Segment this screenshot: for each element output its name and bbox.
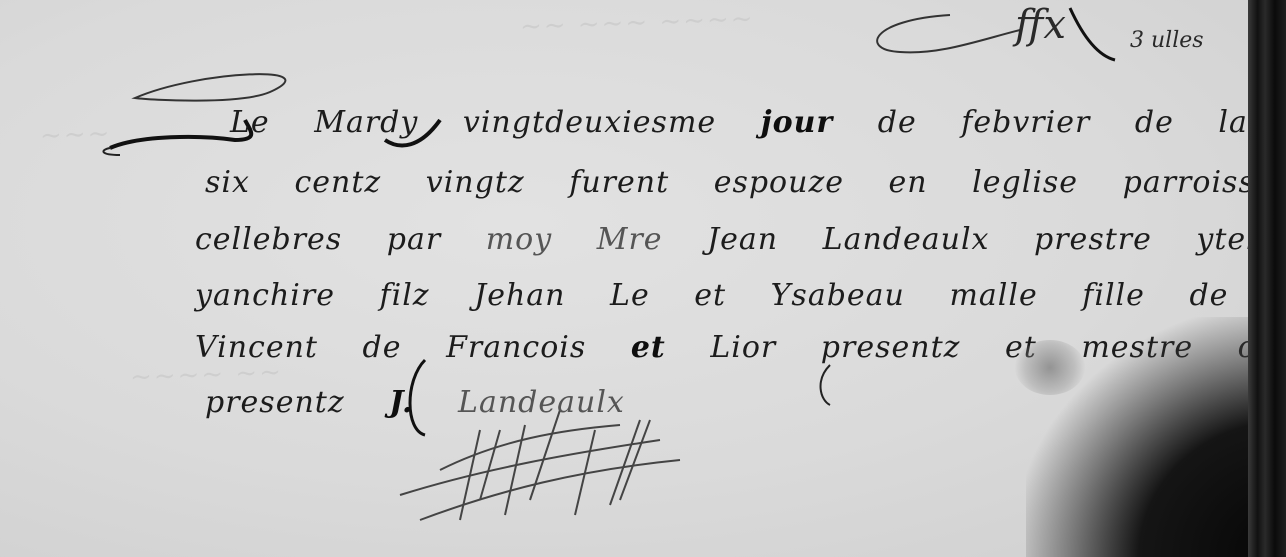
margin-annotation-right: 3 ulles	[1130, 28, 1204, 53]
text-line-1: Le Mardy vingtdeuxiesme jour de febvrier…	[230, 105, 1286, 140]
word: et	[694, 278, 726, 313]
word: Jehan	[474, 278, 565, 313]
word: de	[363, 330, 402, 365]
word: presentz	[205, 385, 345, 420]
word: moy	[486, 222, 552, 257]
word: jour	[761, 105, 833, 140]
word: vingtz	[426, 165, 525, 200]
word: vingtdeuxiesme	[463, 105, 716, 140]
word: filz	[380, 278, 430, 313]
word: Mre	[597, 222, 663, 257]
manuscript-page: ~~ ~~~ ~~~~ ~~~ ~~~~ ~~ ffx 3 ulles	[0, 0, 1286, 557]
word: centz	[294, 165, 381, 200]
word: et	[631, 330, 666, 365]
word: prestre	[1034, 222, 1152, 257]
word: fille	[1082, 278, 1145, 313]
word: Vincent	[195, 330, 318, 365]
word: presentz	[821, 330, 961, 365]
word: furent	[569, 165, 669, 200]
word: cellebres	[195, 222, 342, 257]
text-line-6: presentz J. Landeaulx	[205, 385, 659, 420]
word: J.	[389, 385, 413, 420]
book-binding-edge	[1248, 0, 1286, 557]
word: Mardy	[314, 105, 418, 140]
word: yanchire	[195, 278, 335, 313]
word: de	[878, 105, 917, 140]
word: de	[1189, 278, 1228, 313]
word: Jean	[707, 222, 778, 257]
word: six	[205, 165, 250, 200]
word: Ysabeau	[771, 278, 905, 313]
word: febvrier	[961, 105, 1090, 140]
word: Landeaulx	[823, 222, 990, 257]
page-corner-shadow	[1026, 317, 1286, 557]
margin-annotation: ffx	[1015, 2, 1066, 48]
word: Lior	[710, 330, 776, 365]
word: leglise	[972, 165, 1078, 200]
word: Le	[610, 278, 650, 313]
word: Francois	[446, 330, 586, 365]
word: par	[387, 222, 441, 257]
word: Le	[230, 105, 270, 140]
word: en	[889, 165, 928, 200]
signature-name: Landeaulx	[458, 385, 625, 420]
word: espouze	[714, 165, 844, 200]
word: de	[1135, 105, 1174, 140]
text-line-2: six centz vingtz furent espouze en legli…	[205, 165, 1286, 200]
text-line-4: yanchire filz Jehan Le et Ysabeau malle …	[195, 278, 1262, 313]
text-line-3: cellebres par moy Mre Jean Landeaulx pre…	[195, 222, 1286, 257]
word: malle	[949, 278, 1037, 313]
